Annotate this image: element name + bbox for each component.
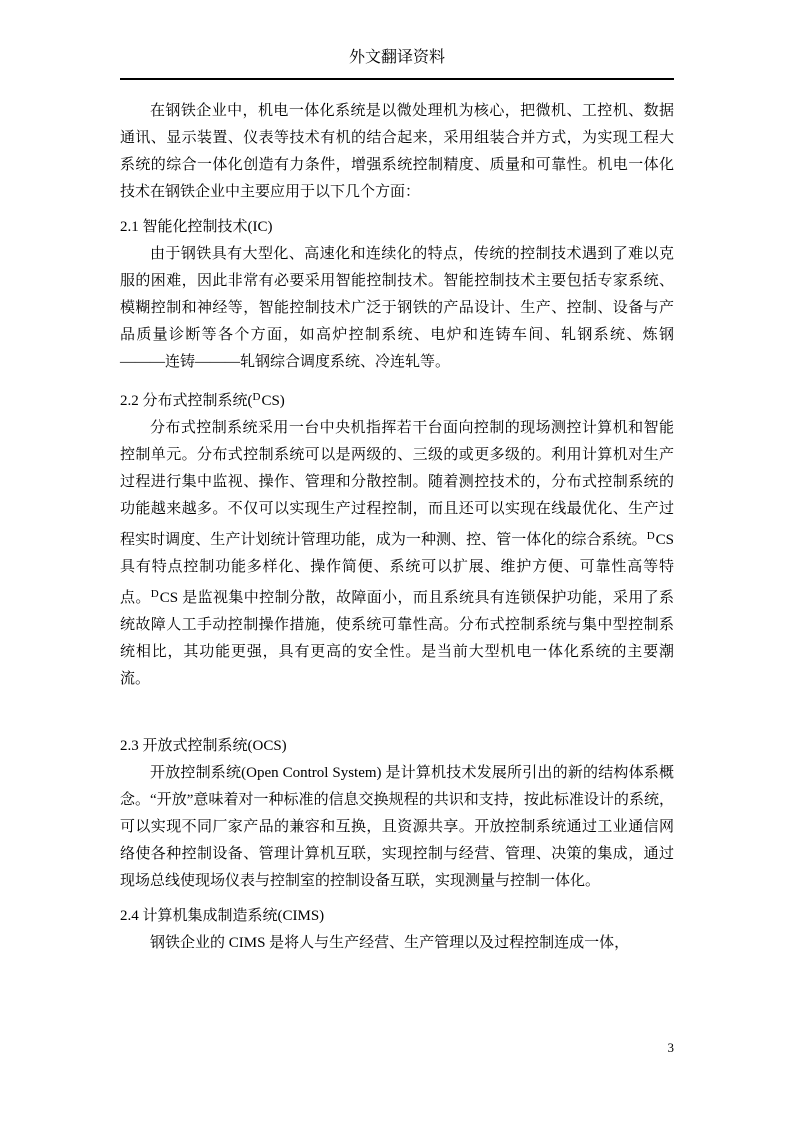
superscript-text: D [253,391,261,403]
text-run: 在钢铁企业中，机电一体化系统是以微处理机为核心，把微机、工控机、数据通讯、显示装… [120,103,674,200]
superscript-text: D [151,588,159,600]
section-heading: 2.3 开放式控制系统(OCS) [120,733,674,760]
body-paragraph: 开放控制系统(Open Control System) 是计算机技术发展所引出的… [120,760,674,895]
section-heading: 2.4 计算机集成制造系统(CIMS) [120,903,674,930]
text-run: CS) [261,393,284,409]
superscript-text: D [647,530,655,542]
text-run: 分布式控制系统采用一台中央机指挥若干台面向控制的现场测控计算机和智能控制单元。分… [120,420,674,548]
text-run: CS 是监视集中控制分散，故障面小，而且系统具有连锁保护功能，采用了系统故障人工… [120,590,674,687]
text-run: 钢铁企业的 CIMS 是将人与生产经营、生产管理以及过程控制连成一体， [150,935,629,951]
document-body: 在钢铁企业中，机电一体化系统是以微处理机为核心，把微机、工控机、数据通讯、显示装… [120,98,674,957]
page-footer: 3 [120,1040,674,1056]
text-run: 由于钢铁具有大型化、高速化和连续化的特点，传统的控制技术遇到了难以克服的困难，因… [120,246,674,370]
body-paragraph: 由于钢铁具有大型化、高速化和连续化的特点，传统的控制技术遇到了难以克服的困难，因… [120,241,674,376]
section-heading: 2.2 分布式控制系统(DCS) [120,384,674,415]
body-paragraph: 钢铁企业的 CIMS 是将人与生产经营、生产管理以及过程控制连成一体， [120,930,674,957]
page-number: 3 [668,1040,675,1055]
text-run: 2.2 分布式控制系统( [120,393,253,409]
text-run: 2.1 智能化控制技术(IC) [120,219,273,235]
text-run: 2.4 计算机集成制造系统(CIMS) [120,908,324,924]
body-paragraph: 在钢铁企业中，机电一体化系统是以微处理机为核心，把微机、工控机、数据通讯、显示装… [120,98,674,206]
page-header-title: 外文翻译资料 [349,49,445,66]
body-paragraph: 分布式控制系统采用一台中央机指挥若干台面向控制的现场测控计算机和智能控制单元。分… [120,415,674,693]
document-page: 外文翻译资料 在钢铁企业中，机电一体化系统是以微处理机为核心，把微机、工控机、数… [0,0,794,1123]
text-run: 2.3 开放式控制系统(OCS) [120,738,287,754]
text-run: 开放控制系统(Open Control System) 是计算机技术发展所引出的… [120,765,674,889]
page-header: 外文翻译资料 [120,48,674,80]
section-heading: 2.1 智能化控制技术(IC) [120,214,674,241]
